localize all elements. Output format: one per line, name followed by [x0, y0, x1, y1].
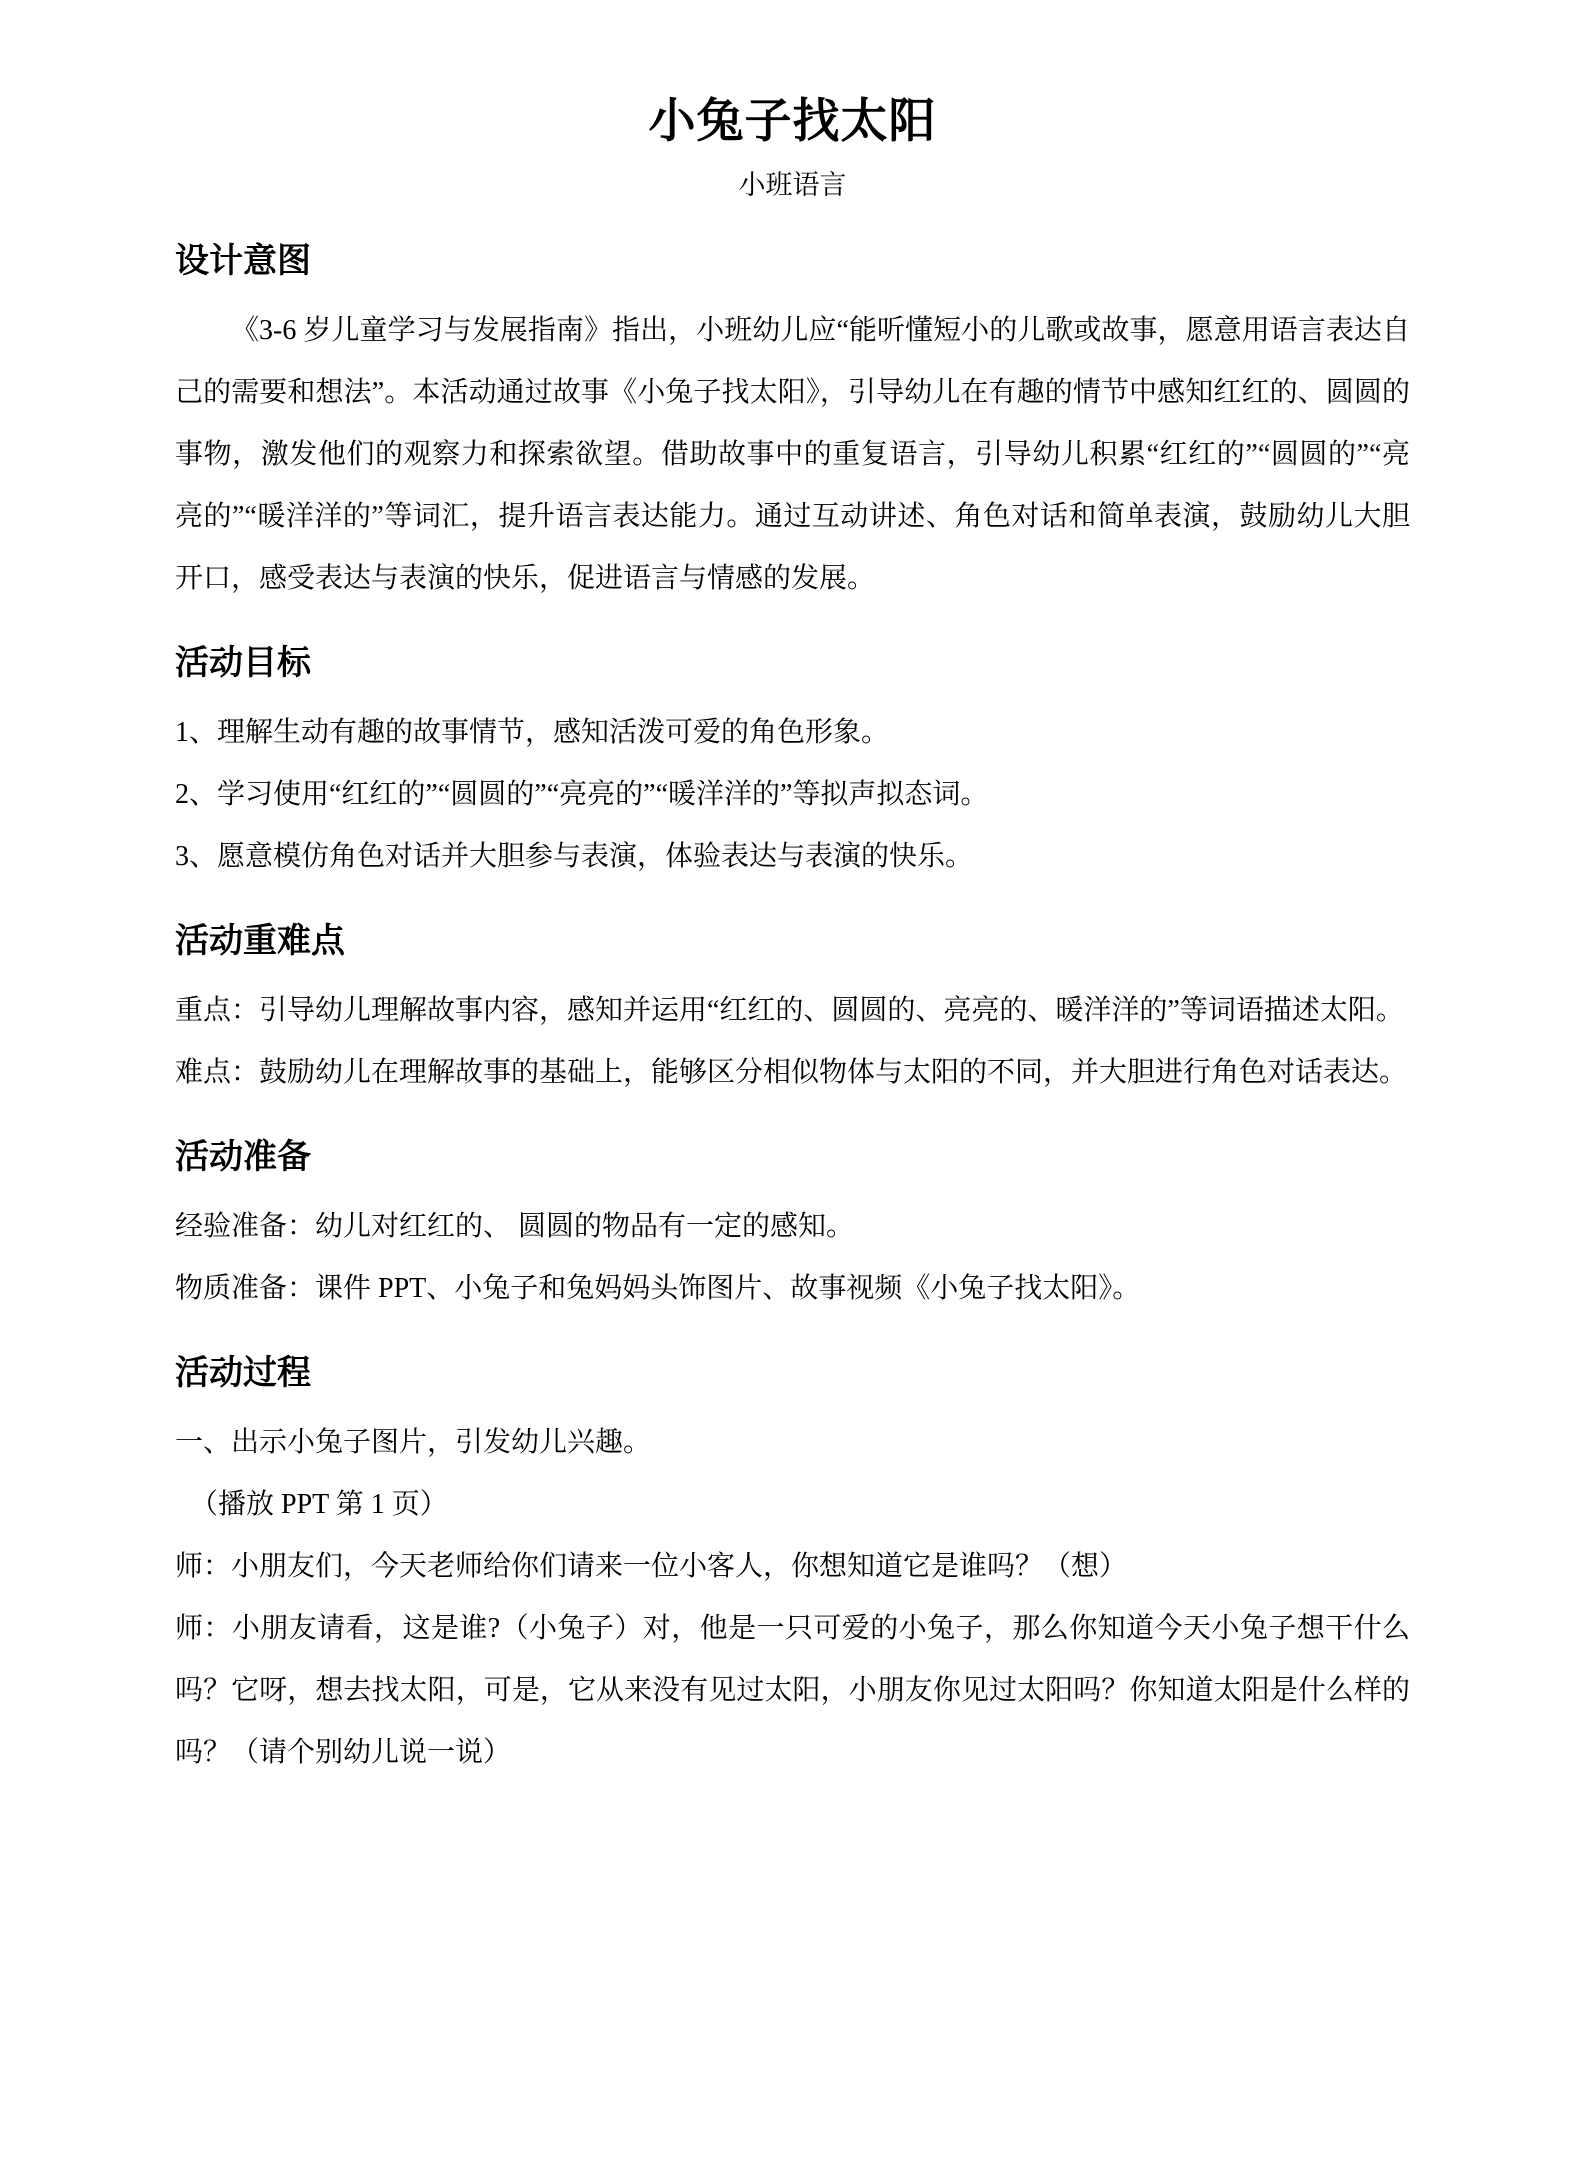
section-preparation: 活动准备 经验准备：幼儿对红红的、 圆圆的物品有一定的感知。 物质准备：课件 P…	[175, 1130, 1410, 1320]
process-ppt-note: （播放 PPT 第 1 页）	[175, 1474, 1410, 1536]
process-step-1: 一、出示小兔子图片，引发幼儿兴趣。	[175, 1412, 1410, 1474]
document-page: 小兔子找太阳 小班语言 设计意图 《3-6 岁儿童学习与发展指南》指出，小班幼儿…	[0, 0, 1587, 2159]
design-intent-paragraph: 《3-6 岁儿童学习与发展指南》指出，小班幼儿应“能听懂短小的儿歌或故事，愿意用…	[175, 300, 1410, 610]
document-subtitle: 小班语言	[175, 162, 1410, 208]
goal-item-1: 1、理解生动有趣的故事情节，感知活泼可爱的角色形象。	[175, 702, 1410, 764]
key-points-heading: 活动重难点	[175, 914, 1410, 970]
goal-item-2: 2、学习使用“红红的”“圆圆的”“亮亮的”“暖洋洋的”等拟声拟态词。	[175, 764, 1410, 826]
section-key-points: 活动重难点 重点：引导幼儿理解故事内容，感知并运用“红红的、圆圆的、亮亮的、暖洋…	[175, 914, 1410, 1104]
document-title: 小兔子找太阳	[175, 88, 1410, 156]
preparation-experience: 经验准备：幼儿对红红的、 圆圆的物品有一定的感知。	[175, 1196, 1410, 1258]
design-intent-heading: 设计意图	[175, 234, 1410, 290]
goal-item-3: 3、愿意模仿角色对话并大胆参与表演，体验表达与表演的快乐。	[175, 826, 1410, 888]
preparation-materials: 物质准备：课件 PPT、小兔子和兔妈妈头饰图片、故事视频《小兔子找太阳》。	[175, 1258, 1410, 1320]
section-design-intent: 设计意图 《3-6 岁儿童学习与发展指南》指出，小班幼儿应“能听懂短小的儿歌或故…	[175, 234, 1410, 610]
section-process: 活动过程 一、出示小兔子图片，引发幼儿兴趣。 （播放 PPT 第 1 页） 师：…	[175, 1346, 1410, 1784]
key-point-difficulty: 难点：鼓励幼儿在理解故事的基础上，能够区分相似物体与太阳的不同，并大胆进行角色对…	[175, 1042, 1410, 1104]
goals-heading: 活动目标	[175, 636, 1410, 692]
key-point-focus: 重点：引导幼儿理解故事内容，感知并运用“红红的、圆圆的、亮亮的、暖洋洋的”等词语…	[175, 980, 1410, 1042]
preparation-heading: 活动准备	[175, 1130, 1410, 1186]
process-heading: 活动过程	[175, 1346, 1410, 1402]
process-teacher-line-2: 师：小朋友请看，这是谁?（小兔子）对，他是一只可爱的小兔子，那么你知道今天小兔子…	[175, 1598, 1410, 1784]
section-goals: 活动目标 1、理解生动有趣的故事情节，感知活泼可爱的角色形象。 2、学习使用“红…	[175, 636, 1410, 888]
process-teacher-line-1: 师：小朋友们，今天老师给你们请来一位小客人，你想知道它是谁吗？（想）	[175, 1536, 1410, 1598]
